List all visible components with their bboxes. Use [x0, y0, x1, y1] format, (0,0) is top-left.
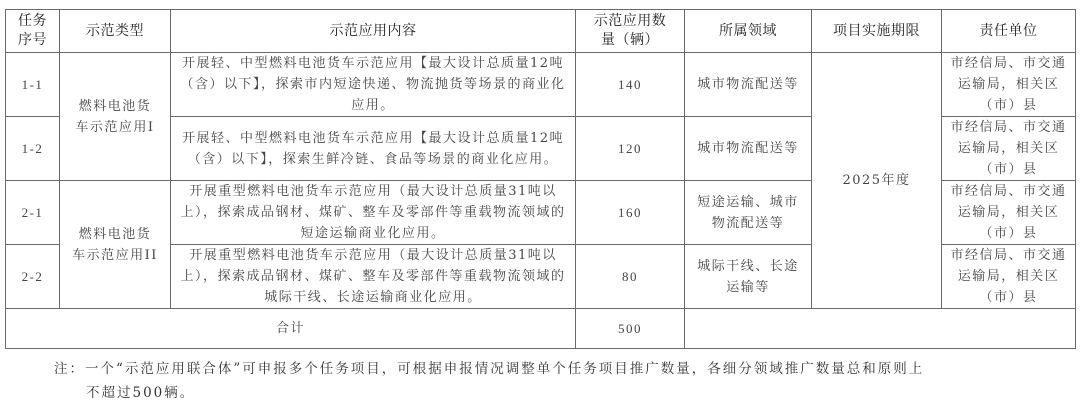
field-cell: 城市物流配送等: [685, 117, 812, 181]
quantity-cell: 140: [576, 53, 685, 117]
task-no-cell: 1-2: [6, 117, 60, 181]
total-label: 合计: [6, 309, 576, 349]
total-row: 合计 500: [6, 309, 1076, 349]
header-task-no: 任务序号: [6, 10, 60, 53]
field-cell: 城际干线、长途运输等: [685, 245, 812, 309]
quantity-cell: 120: [576, 117, 685, 181]
total-empty-cell: [685, 309, 1076, 349]
task-no-cell: 1-1: [6, 53, 60, 117]
field-cell: 城市物流配送等: [685, 53, 812, 117]
content-cell: 开展轻、中型燃料电池货车示范应用【最大设计总质量12吨（含）以下】，探索市内短途…: [171, 53, 576, 117]
demo-application-table: 任务序号 示范类型 示范应用内容 示范应用数量（辆） 所属领域 项目实施期限 责…: [5, 9, 1076, 349]
header-quantity: 示范应用数量（辆）: [576, 10, 685, 53]
task-no-cell: 2-2: [6, 245, 60, 309]
demo-type-cell: 燃料电池货车示范应用I: [60, 53, 171, 181]
footnote: 注：一个“示范应用联合体”可申报多个任务项目，可根据申报情况调整单个任务项目推广…: [54, 357, 1054, 405]
task-no-cell: 2-1: [6, 181, 60, 245]
content-cell: 开展轻、中型燃料电池货车示范应用【最大设计总质量12吨（含）以下】，探索生鲜冷链…: [171, 117, 576, 181]
header-content: 示范应用内容: [171, 10, 576, 53]
quantity-cell: 160: [576, 181, 685, 245]
field-cell: 短途运输、城市物流配送等: [685, 181, 812, 245]
responsible-cell: 市经信局、市交通运输局，相关区（市）县: [942, 181, 1076, 245]
period-cell: 2025年度: [812, 53, 942, 309]
footnote-line-2: 不超过500辆。: [54, 381, 1054, 405]
content-cell: 开展重型燃料电池货车示范应用（最大设计总质量31吨以上），探索成品钢材、煤矿、整…: [171, 245, 576, 309]
header-period: 项目实施期限: [812, 10, 942, 53]
responsible-cell: 市经信局、市交通运输局，相关区（市）县: [942, 245, 1076, 309]
header-demo-type: 示范类型: [60, 10, 171, 53]
table-row: 1-1 燃料电池货车示范应用I 开展轻、中型燃料电池货车示范应用【最大设计总质量…: [6, 53, 1076, 117]
footnote-line-1: 注：一个“示范应用联合体”可申报多个任务项目，可根据申报情况调整单个任务项目推广…: [54, 357, 1054, 381]
quantity-cell: 80: [576, 245, 685, 309]
responsible-cell: 市经信局、市交通运输局，相关区（市）县: [942, 117, 1076, 181]
header-responsible: 责任单位: [942, 10, 1076, 53]
demo-type-cell: 燃料电池货车示范应用II: [60, 181, 171, 309]
header-row: 任务序号 示范类型 示范应用内容 示范应用数量（辆） 所属领域 项目实施期限 责…: [6, 10, 1076, 53]
total-value: 500: [576, 309, 685, 349]
header-field: 所属领域: [685, 10, 812, 53]
responsible-cell: 市经信局、市交通运输局，相关区（市）县: [942, 53, 1076, 117]
content-cell: 开展重型燃料电池货车示范应用（最大设计总质量31吨以上），探索成品钢材、煤矿、整…: [171, 181, 576, 245]
